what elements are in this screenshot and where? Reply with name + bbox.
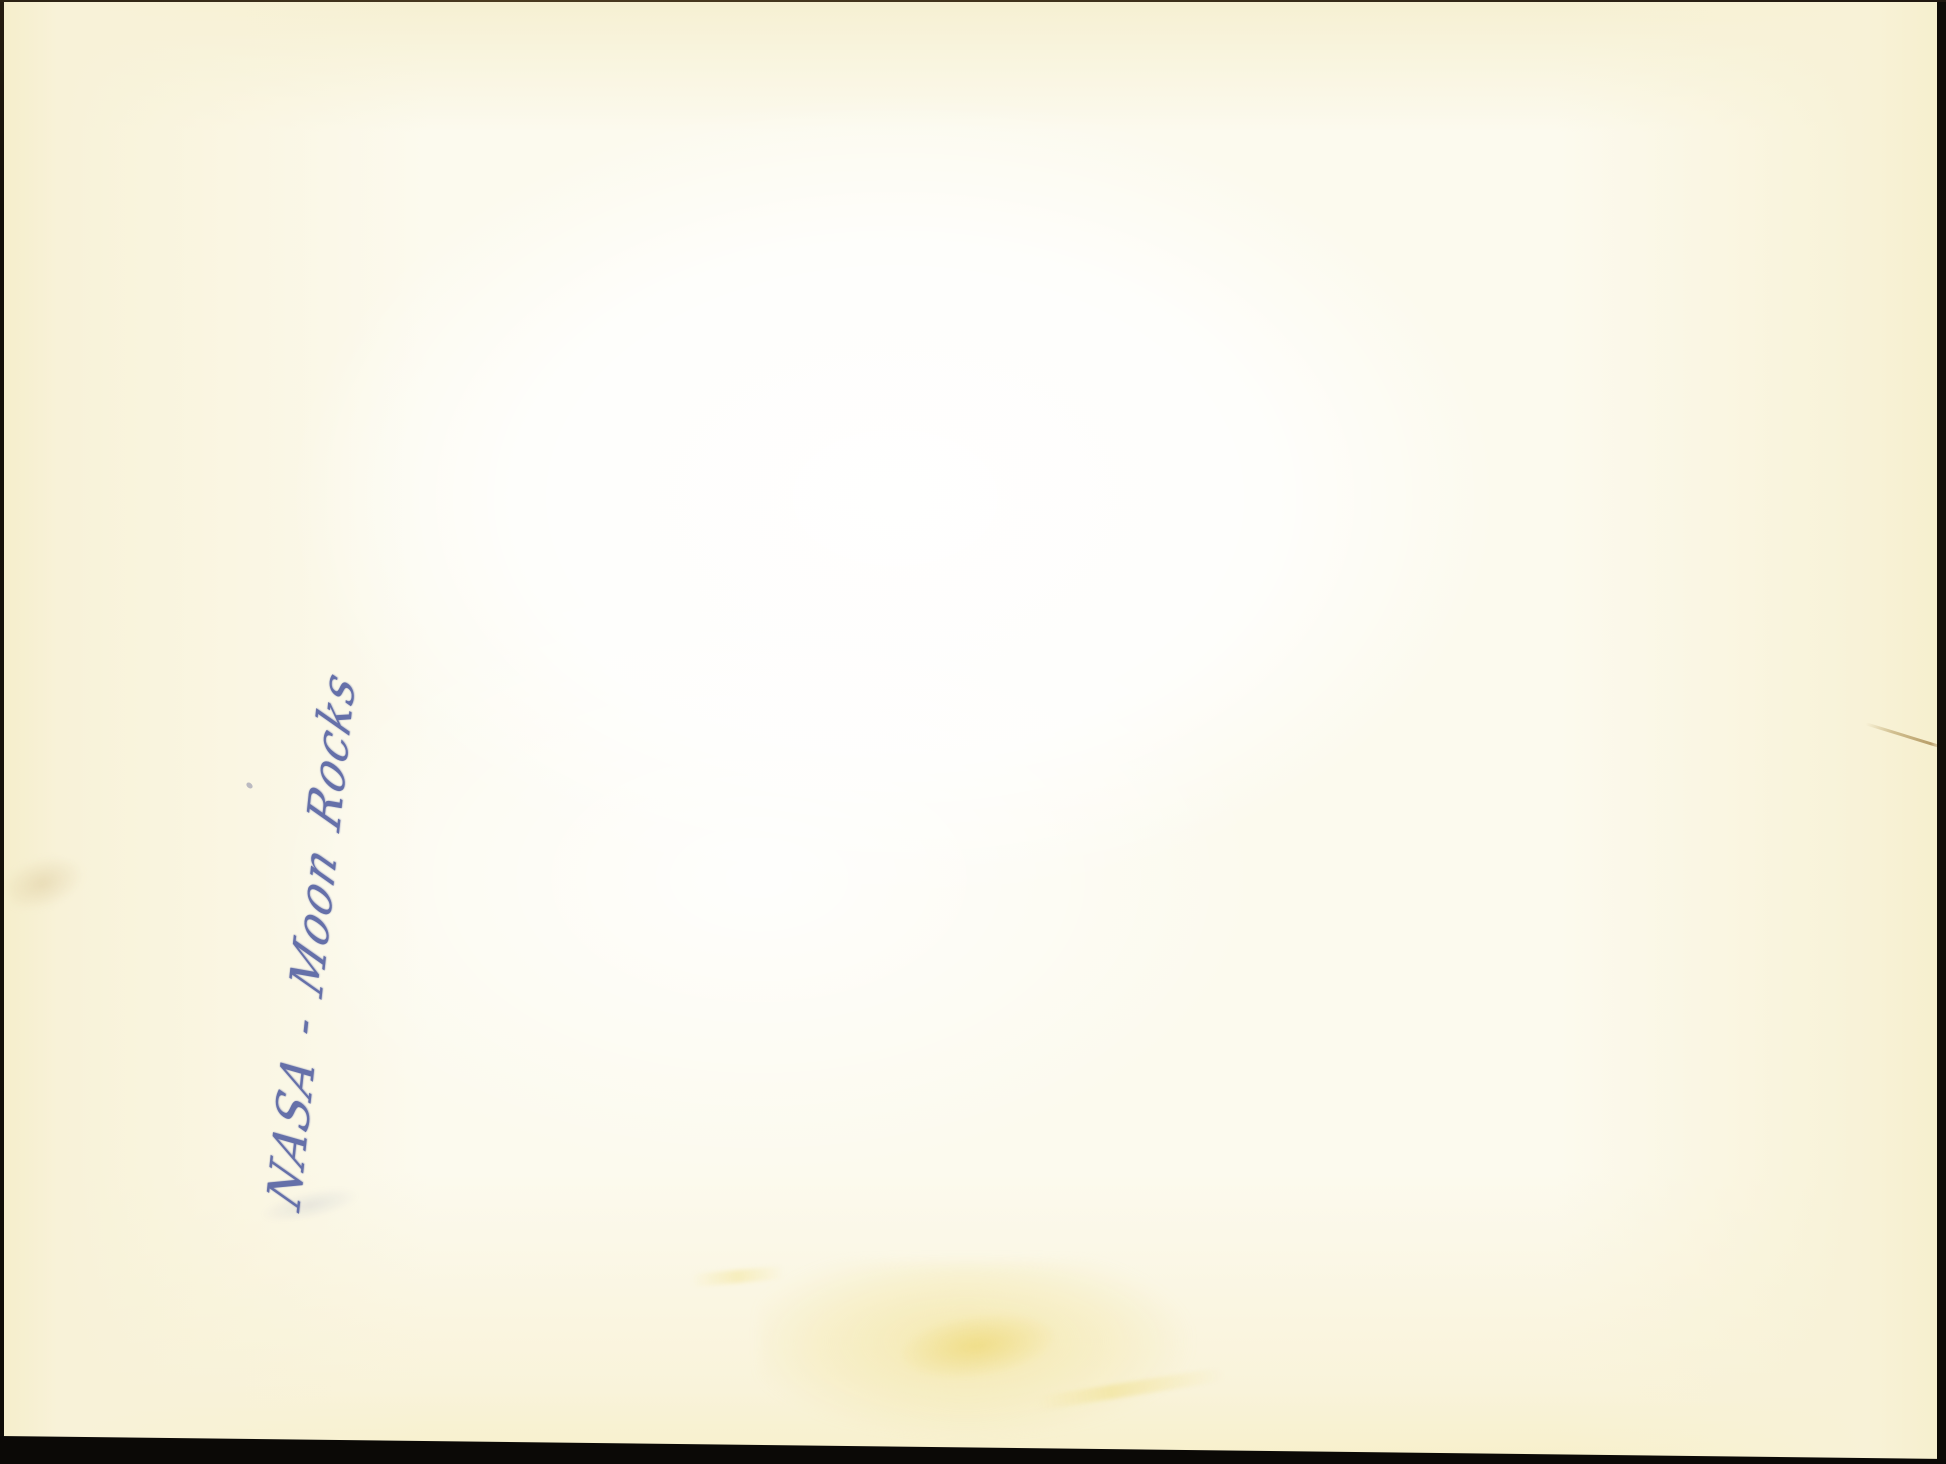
photo-paper	[0, 0, 1946, 1464]
scanner-edge-right	[1937, 0, 1946, 1464]
scanner-edge-top	[0, 0, 1946, 2]
photo-back-scan: NASA - Moon Rocks	[0, 0, 1946, 1464]
scanner-edge-left	[0, 0, 4, 1464]
